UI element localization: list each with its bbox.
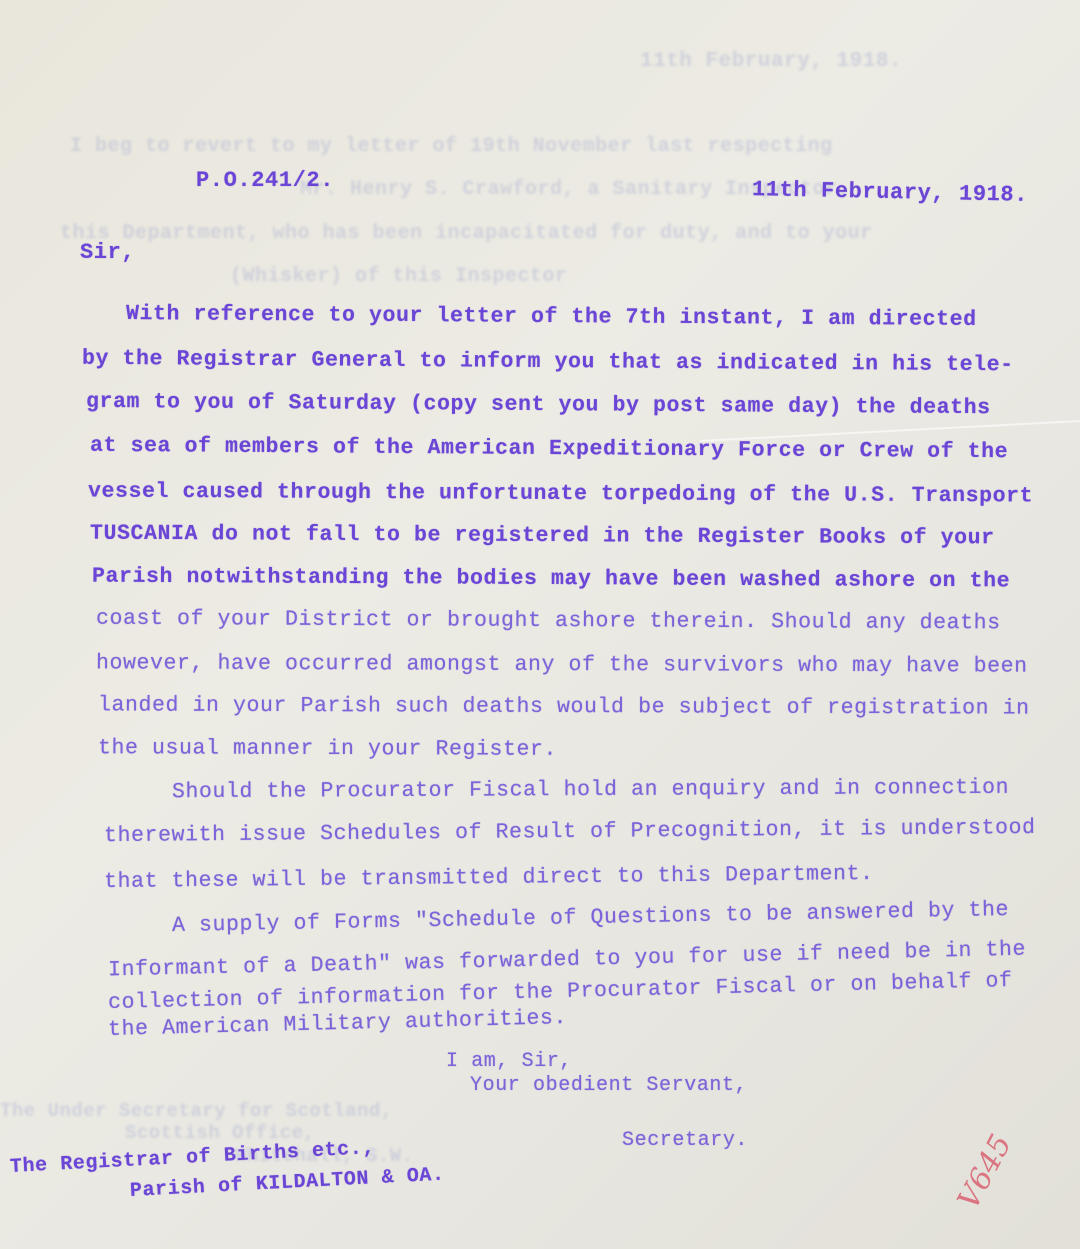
paragraph-line: gram to you of Saturday (copy sent you b…	[86, 390, 991, 420]
closing-line: Your obedient Servant,	[470, 1074, 747, 1097]
handwritten-reference-note: V645	[951, 1129, 1019, 1215]
paragraph-line: at sea of members of the American Expedi…	[90, 434, 1008, 464]
paragraph-line: therewith issue Schedules of Result of P…	[104, 816, 1036, 848]
closing-line: I am, Sir,	[446, 1050, 572, 1073]
ghost-text: 11th February, 1918.	[640, 50, 902, 73]
paragraph-line: by the Registrar General to inform you t…	[82, 347, 1014, 378]
paragraph-line: vessel caused through the unfortunate to…	[88, 480, 1033, 509]
signature-title: Secretary.	[622, 1129, 748, 1152]
ghost-text: this Department, who has been incapacita…	[60, 222, 873, 245]
paragraph-line: Parish notwithstanding the bodies may ha…	[92, 565, 1010, 594]
ghost-text: (Whisker) of this Inspector	[230, 265, 568, 288]
ghost-text: The Under Secretary for Scotland,	[0, 1100, 393, 1122]
paragraph-line: Should the Procurator Fiscal hold an enq…	[172, 776, 1009, 804]
paragraph-line: With reference to your letter of the 7th…	[126, 302, 977, 332]
letter-date: 11th February, 1918.	[752, 177, 1029, 208]
salutation: Sir,	[80, 240, 135, 265]
paragraph-line: landed in your Parish such deaths would …	[98, 693, 1030, 720]
letter-page: 11th February, 1918. I beg to revert to …	[0, 0, 1080, 1249]
ghost-text: I beg to revert to my letter of 19th Nov…	[70, 135, 833, 158]
reference-number: P.O.241/2.	[196, 168, 334, 193]
paragraph-line: the usual manner in your Register.	[98, 736, 557, 762]
paragraph-line: A supply of Forms "Schedule of Questions…	[172, 898, 1009, 938]
paragraph-line: coast of your District or brought ashore…	[96, 607, 1001, 636]
paragraph-line: that these will be transmitted direct to…	[104, 862, 874, 894]
paragraph-line: TUSCANIA do not fall to be registered in…	[90, 522, 995, 551]
paragraph-line: however, have occurred amongst any of th…	[96, 651, 1028, 678]
